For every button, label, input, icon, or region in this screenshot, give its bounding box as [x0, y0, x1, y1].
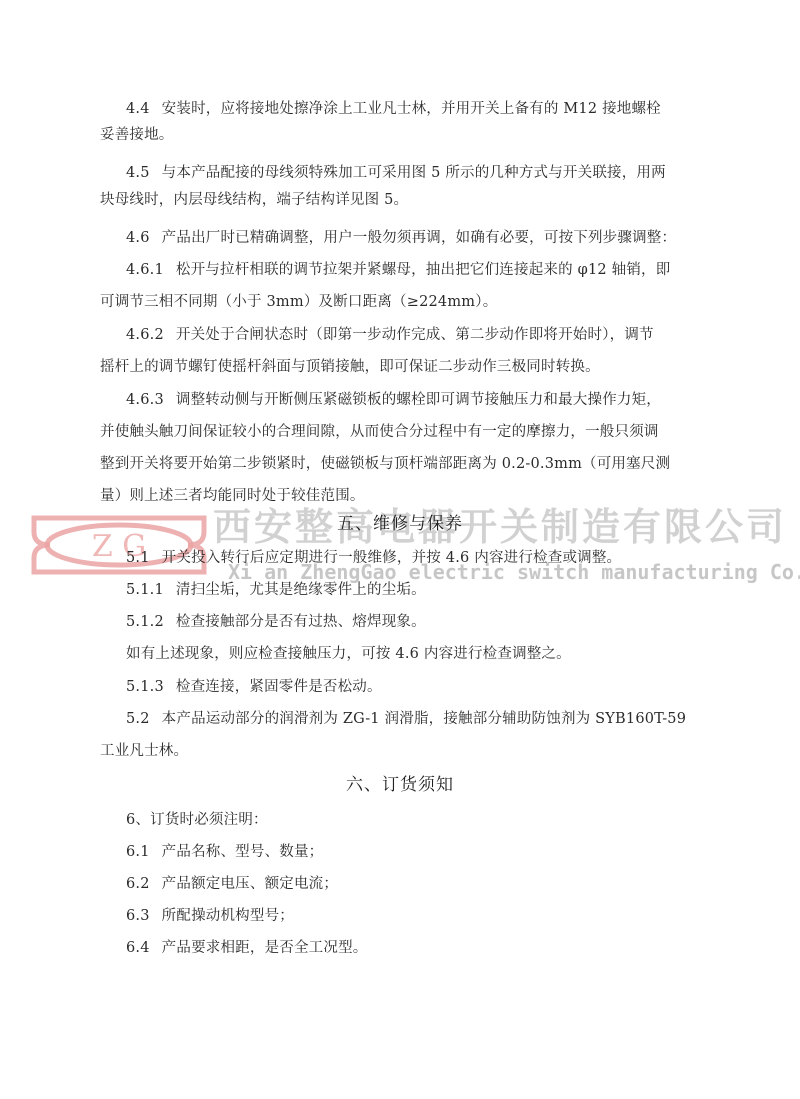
item-number: 5.1.1: [126, 580, 164, 600]
paragraph-text: 开关投入转行后应定期进行一般维修，并按 4.6 内容进行检查或调整。: [162, 550, 622, 566]
item-number: 6.4: [126, 938, 150, 958]
paragraph-text: 清扫尘垢，尤其是绝缘零件上的尘垢。: [176, 582, 426, 598]
paragraph-text: 产品名称、型号、数量；: [162, 844, 324, 860]
item-number: 4.4: [126, 99, 150, 119]
paragraph-5-2-cont: 工业凡士林。: [100, 741, 188, 761]
paragraph-text: 松开与拉杆相联的调节拉架并紧螺母，抽出把它们连接起来的 φ12 轴销，即: [176, 262, 671, 278]
document-page: Z G 西安整高电器开关制造有限公司 Xi an ZhengGao electr…: [0, 0, 800, 1099]
paragraph-5-1-1: 5.1.1清扫尘垢，尤其是绝缘零件上的尘垢。: [126, 580, 426, 600]
paragraph-text: 本产品运动部分的润滑剂为 ZG-1 润滑脂，接触部分辅助防蚀剂为 SYB160T…: [162, 711, 686, 727]
paragraph-6-3: 6.3所配操动机构型号；: [126, 906, 294, 926]
paragraph-text: 开关处于合闸状态时（即第一步动作完成、第二步动作即将开始时），调节: [176, 327, 654, 343]
section-6-heading: 六、订货须知: [0, 774, 800, 796]
item-number: 4.6.1: [126, 260, 164, 280]
paragraph-text: 与本产品配接的母线须特殊加工可采用图 5 所示的几种方式与开关联接，用两: [162, 165, 666, 181]
paragraph-4-6-3-cont2: 整到开关将要开始第二步锁紧时，使磁锁板与顶杆端部距离为 0.2-0.3mm（可用…: [100, 454, 670, 474]
paragraph-4-6-1: 4.6.1松开与拉杆相联的调节拉架并紧螺母，抽出把它们连接起来的 φ12 轴销，…: [126, 260, 670, 280]
paragraph-4-6: 4.6产品出厂时已精确调整，用户一般勿须再调，如确有必要，可按下列步骤调整：: [126, 228, 676, 248]
paragraph-text: 产品额定电压、额定电流；: [162, 876, 338, 892]
paragraph-text: 所配操动机构型号；: [162, 908, 294, 924]
paragraph-6-intro: 6、订货时必须注明：: [126, 810, 268, 830]
paragraph-4-6-3: 4.6.3调整转动侧与开断侧压紧磁锁板的螺栓即可调节接触压力和最大操作力矩，: [126, 390, 661, 410]
paragraph-4-5: 4.5与本产品配接的母线须特殊加工可采用图 5 所示的几种方式与开关联接，用两: [126, 163, 666, 183]
item-number: 6.1: [126, 842, 150, 862]
item-number: 4.6: [126, 228, 150, 248]
paragraph-5-1-2-note: 如有上述现象，则应检查接触压力，可按 4.6 内容进行检查调整之。: [126, 644, 571, 664]
paragraph-5-2: 5.2本产品运动部分的润滑剂为 ZG-1 润滑脂，接触部分辅助防蚀剂为 SYB1…: [126, 709, 686, 729]
paragraph-6-1: 6.1产品名称、型号、数量；: [126, 842, 323, 862]
paragraph-4-6-2-cont: 摇杆上的调节螺钉使摇杆斜面与顶销接触，即可保证二步动作三极同时转换。: [100, 357, 600, 377]
paragraph-4-5-cont: 块母线时，内层母线结构，端子结构详见图 5。: [100, 190, 408, 210]
item-number: 5.1.2: [126, 612, 164, 632]
paragraph-4-6-2: 4.6.2开关处于合闸状态时（即第一步动作完成、第二步动作即将开始时），调节: [126, 325, 654, 345]
paragraph-text: 产品要求相距，是否全工况型。: [162, 940, 368, 956]
paragraph-text: 调整转动侧与开断侧压紧磁锁板的螺栓即可调节接触压力和最大操作力矩，: [176, 392, 661, 408]
paragraph-6-2: 6.2产品额定电压、额定电流；: [126, 874, 338, 894]
paragraph-4-6-3-cont3: 量）则上述三者均能同时处于较佳范围。: [100, 486, 365, 506]
paragraph-text: 检查连接，紧固零件是否松动。: [176, 679, 382, 695]
paragraph-6-4: 6.4产品要求相距，是否全工况型。: [126, 938, 367, 958]
item-number: 4.5: [126, 163, 150, 183]
item-number: 6.2: [126, 874, 150, 894]
item-number: 5.2: [126, 709, 150, 729]
paragraph-5-1-3: 5.1.3检查连接，紧固零件是否松动。: [126, 677, 382, 697]
item-number: 6.3: [126, 906, 150, 926]
item-number: 4.6.3: [126, 390, 164, 410]
paragraph-4-4-cont: 妥善接地。: [100, 125, 174, 145]
paragraph-text: 安装时，应将接地处擦净涂上工业凡士林，并用开关上备有的 M12 接地螺栓: [162, 101, 661, 117]
item-number: 5.1: [126, 548, 150, 568]
paragraph-4-6-3-cont1: 并使触头触刀间保证较小的合理间隙，从而使合分过程中有一定的摩擦力，一般只须调: [100, 422, 659, 442]
paragraph-4-6-1-cont: 可调节三相不同期（小于 3mm）及断口距离（≥224mm）。: [100, 292, 497, 312]
paragraph-text: 检查接触部分是否有过热、熔焊现象。: [176, 614, 426, 630]
paragraph-5-1: 5.1开关投入转行后应定期进行一般维修，并按 4.6 内容进行检查或调整。: [126, 548, 621, 568]
paragraph-5-1-2: 5.1.2检查接触部分是否有过热、熔焊现象。: [126, 612, 426, 632]
paragraph-4-4: 4.4安装时，应将接地处擦净涂上工业凡士林，并用开关上备有的 M12 接地螺栓: [126, 99, 661, 119]
item-number: 4.6.2: [126, 325, 164, 345]
section-5-heading: 五、维修与保养: [0, 513, 800, 535]
document-body: 4.4安装时，应将接地处擦净涂上工业凡士林，并用开关上备有的 M12 接地螺栓 …: [0, 0, 800, 1099]
item-number: 5.1.3: [126, 677, 164, 697]
paragraph-text: 产品出厂时已精确调整，用户一般勿须再调，如确有必要，可按下列步骤调整：: [162, 230, 677, 246]
